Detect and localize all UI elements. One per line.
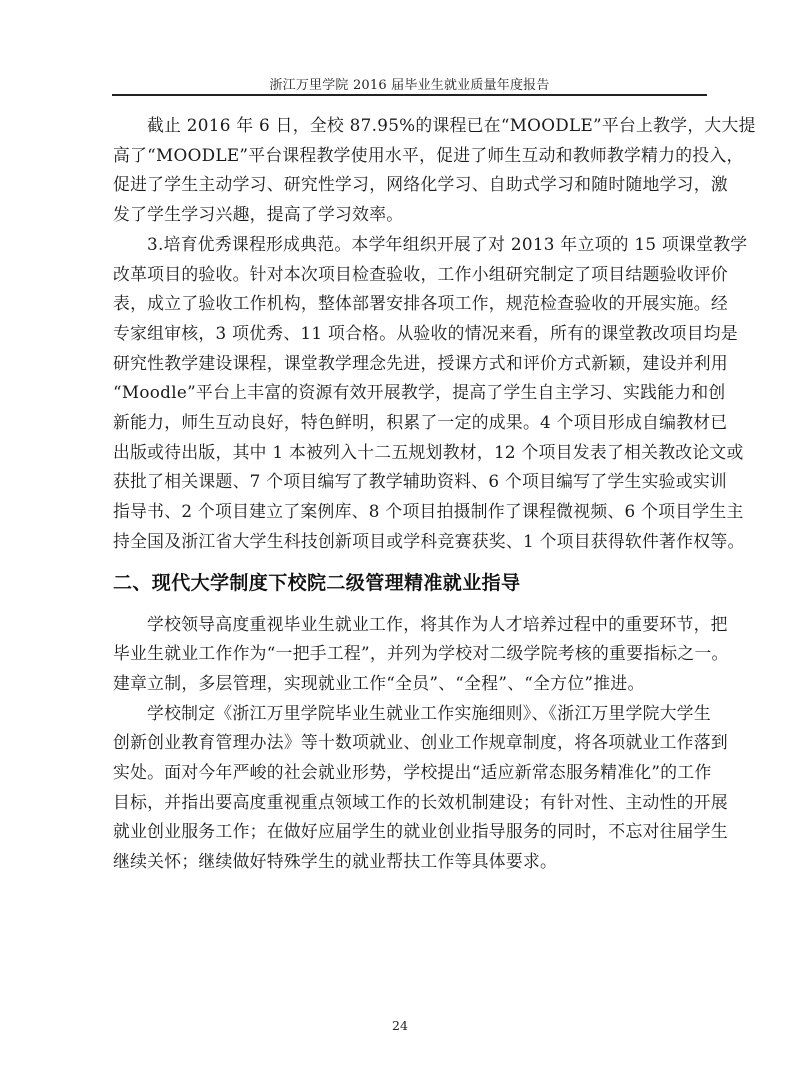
paragraph-excellent-courses: 3.培育优秀课程形成典范。本学年组织开展了对 2013 年立项的 15 项课堂教… (113, 230, 693, 557)
text-line: 出版或待出版，其中 1 本被列入十二五规划教材，12 个项目发表了相关教改论文或 (113, 438, 693, 468)
text-line: 就业创业服务工作；在做好应届学生的就业创业指导服务的同时，不忘对往届学生 (113, 817, 693, 847)
text-line: 建章立制，多层管理，实现就业工作“全员”、“全程”、“全方位”推进。 (113, 669, 693, 699)
text-line: 目标，并指出要高度重视重点领域工作的长效机制建设；有针对性、主动性的开展 (113, 788, 693, 818)
text-line: 创新创业教育管理办法》等十数项就业、创业工作规章制度，将各项就业工作落到 (113, 728, 693, 758)
text-line: 新能力，师生互动良好，特色鲜明，积累了一定的成果。4 个项目形成自编教材已 (113, 408, 693, 438)
header-rule-divider (112, 94, 707, 96)
text-line: 表，成立了验收工作机构，整体部署安排各项工作，规范检查验收的开展实施。经 (113, 289, 693, 319)
running-header: 浙江万里学院 2016 届毕业生就业质量年度报告 (112, 74, 707, 93)
text-line: 实处。面对今年严峻的社会就业形势，学校提出“适应新常态服务精准化”的工作 (113, 758, 693, 788)
section-heading: 二、现代大学制度下校院二级管理精准就业指导 (113, 570, 693, 596)
text-line: 继续关怀；继续做好特殊学生的就业帮扶工作等具体要求。 (113, 847, 693, 877)
text-line: 高了“MOODLE”平台课程教学使用水平，促进了师生互动和教师教学精力的投入， (113, 141, 693, 171)
text-line: 专家组审核，3 项优秀、11 项合格。从验收的情况来看，所有的课堂教改项目均是 (113, 319, 693, 349)
paragraph-leadership-employment: 学校领导高度重视毕业生就业工作，将其作为人才培养过程中的重要环节，把 毕业生就业… (113, 610, 693, 699)
text-line: 截止 2016 年 6 日，全校 87.95%的课程已在“MOODLE”平台上教… (113, 111, 693, 141)
text-line: 获批了相关课题、7 个项目编写了教学辅助资料、6 个项目编写了学生实验或实训 (113, 467, 693, 497)
text-line: 持全国及浙江省大学生科技创新项目或学科竞赛获奖、1 个项目获得软件著作权等。 (113, 527, 693, 557)
text-line: 毕业生就业工作作为“一把手工程”，并列为学校对二级学院考核的重要指标之一。 (113, 639, 693, 669)
page-body: 截止 2016 年 6 日，全校 87.95%的课程已在“MOODLE”平台上教… (113, 111, 693, 877)
text-line: 促进了学生主动学习、研究性学习，网络化学习、自助式学习和随时随地学习，激 (113, 170, 693, 200)
text-line: 改革项目的验收。针对本次项目检查验收，工作小组研究制定了项目结题验收评价 (113, 260, 693, 290)
text-line: 学校制定《浙江万里学院毕业生就业工作实施细则》、《浙江万里学院大学生 (113, 699, 693, 729)
page-number: 24 (370, 1018, 430, 1033)
text-line: “Moodle”平台上丰富的资源有效开展教学，提高了学生自主学习、实践能力和创 (113, 378, 693, 408)
text-line: 3.培育优秀课程形成典范。本学年组织开展了对 2013 年立项的 15 项课堂教… (113, 230, 693, 260)
text-line: 学校领导高度重视毕业生就业工作，将其作为人才培养过程中的重要环节，把 (113, 610, 693, 640)
paragraph-regulations: 学校制定《浙江万里学院毕业生就业工作实施细则》、《浙江万里学院大学生 创新创业教… (113, 699, 693, 877)
paragraph-moodle-usage: 截止 2016 年 6 日，全校 87.95%的课程已在“MOODLE”平台上教… (113, 111, 693, 230)
text-line: 研究性教学建设课程，课堂教学理念先进，授课方式和评价方式新颖，建设并利用 (113, 349, 693, 379)
text-line: 发了学生学习兴趣，提高了学习效率。 (113, 200, 693, 230)
text-line: 指导书、2 个项目建立了案例库、8 个项目拍摄制作了课程微视频、6 个项目学生主 (113, 497, 693, 527)
